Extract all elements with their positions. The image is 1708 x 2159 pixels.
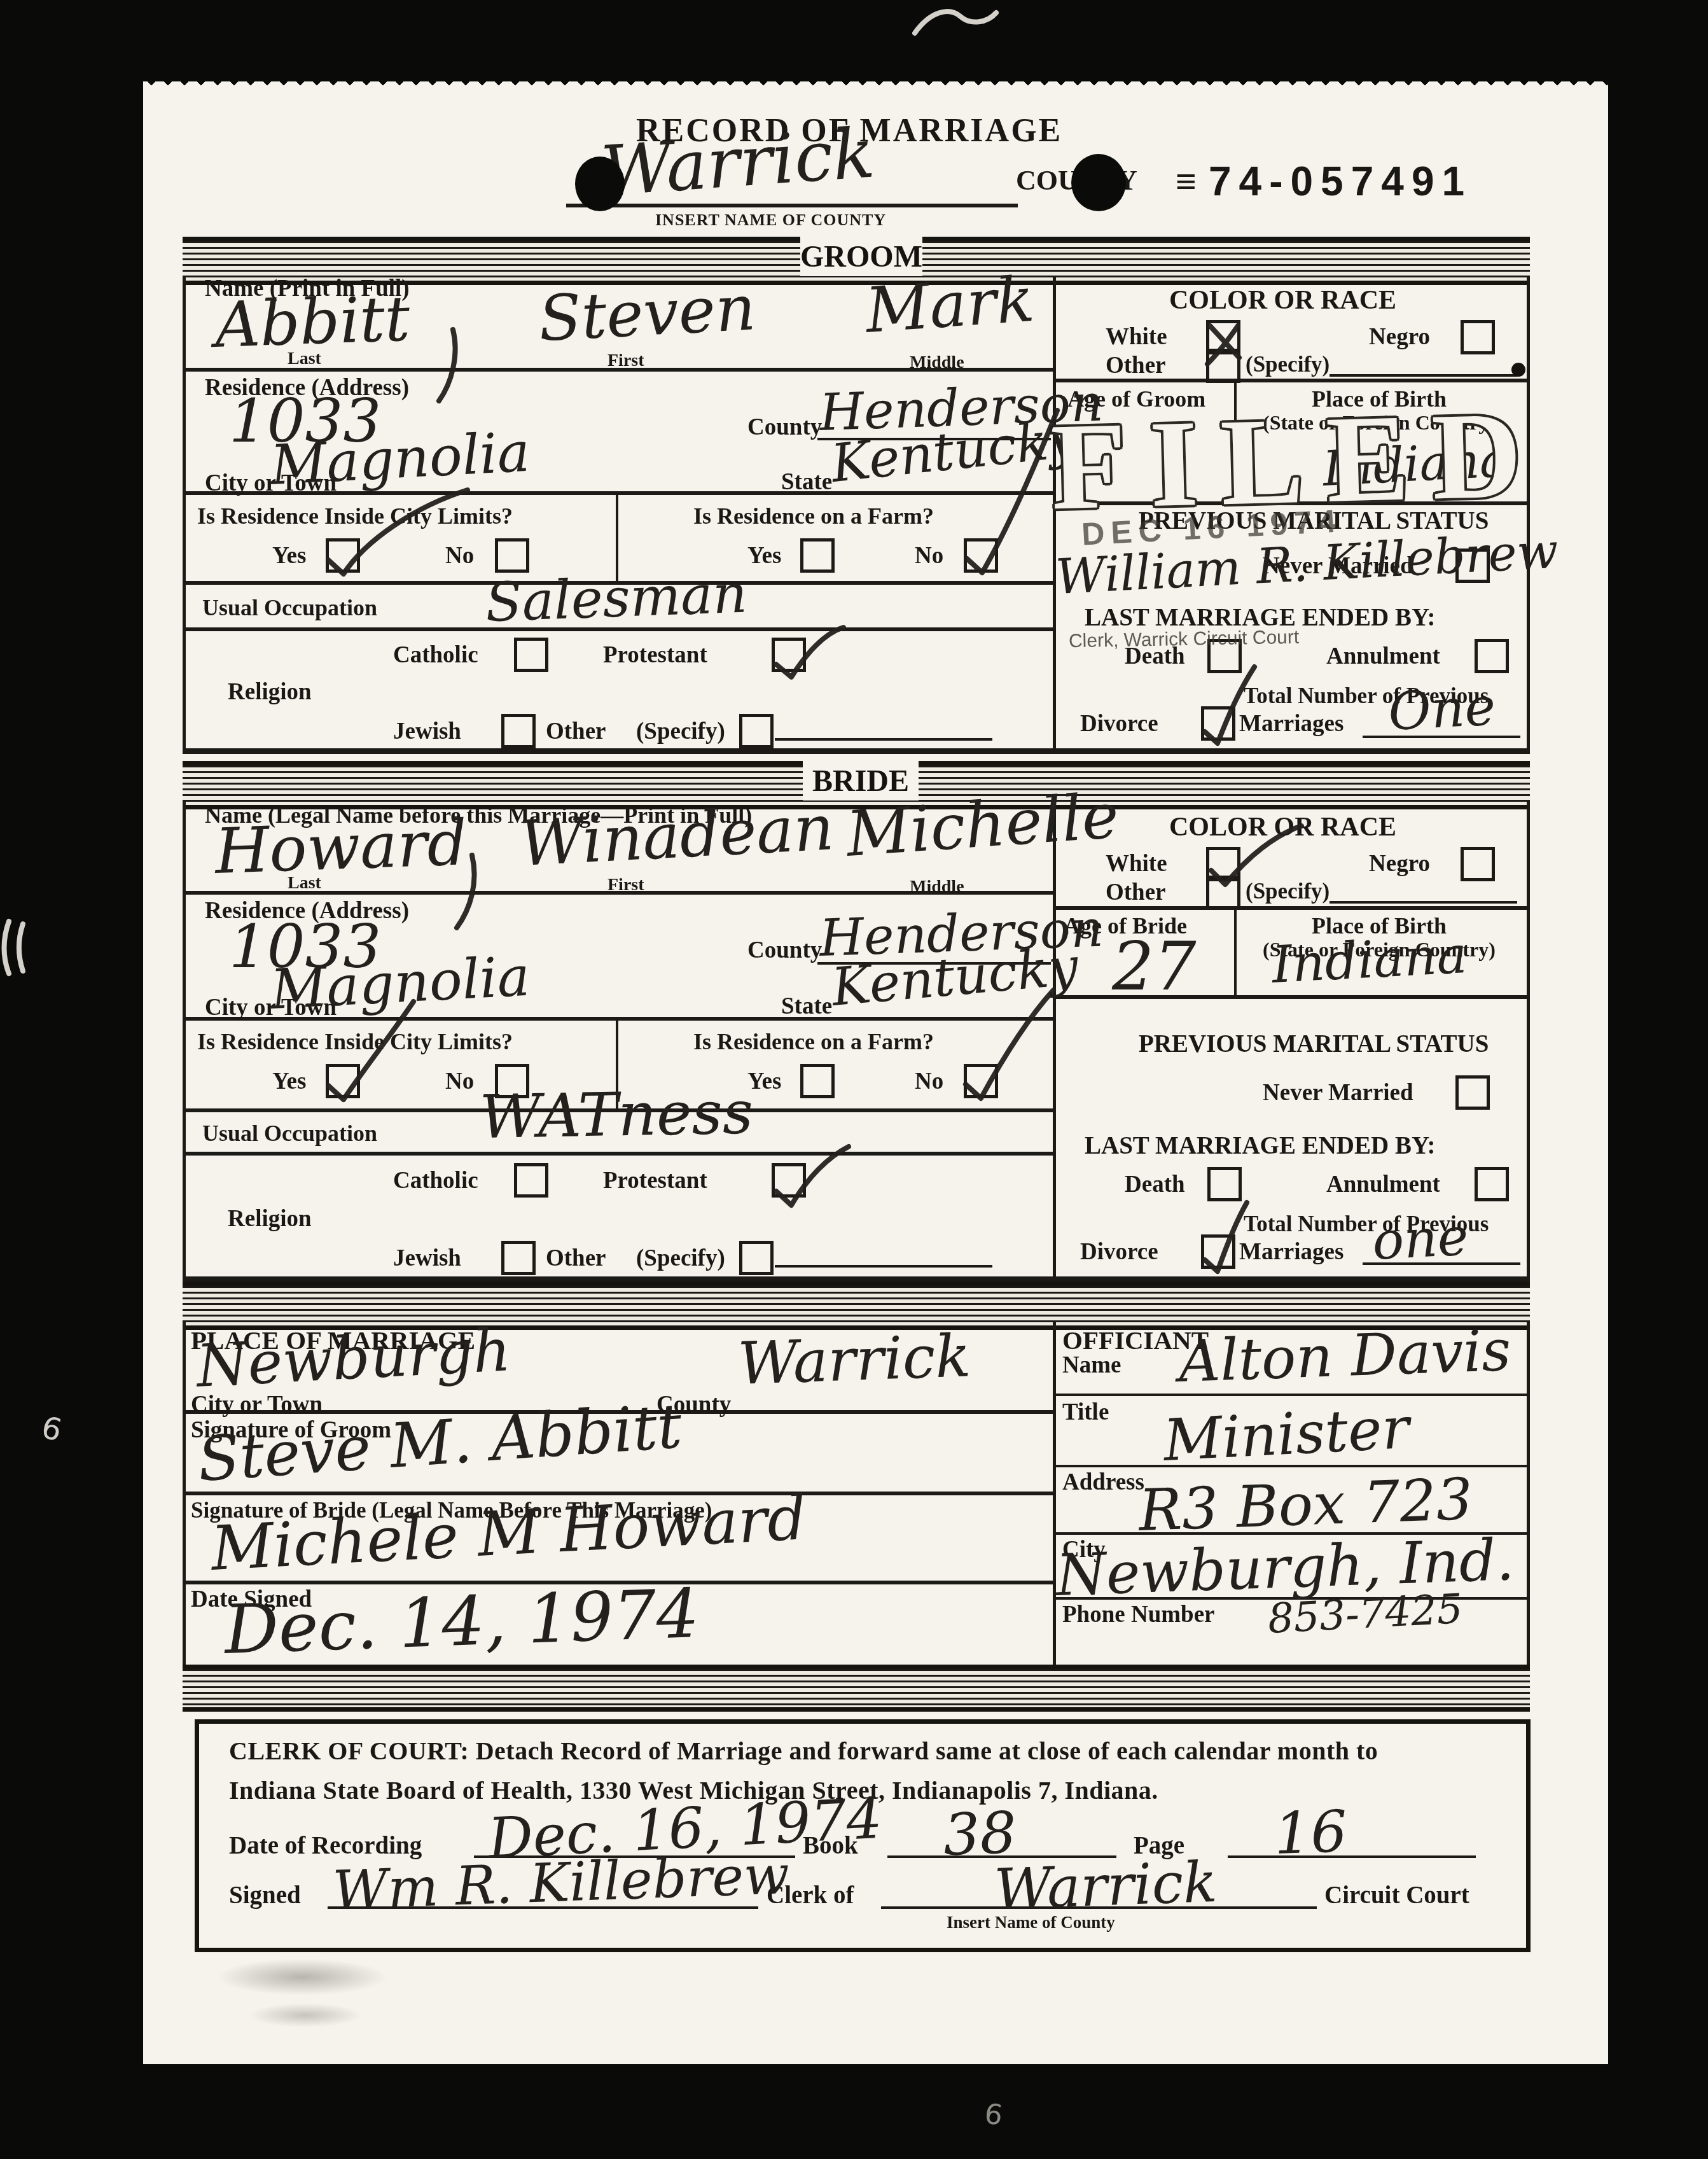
white-label: White <box>1106 323 1167 351</box>
scanned-marriage-record: RECORD OF MARRIAGE Warrick COUNTY INSERT… <box>0 0 1708 2159</box>
margin-mark: 6 <box>38 1409 66 1449</box>
groom-state-label: State <box>781 468 832 496</box>
groom-occupation-label: Usual Occupation <box>202 594 377 621</box>
middle-sublabel: Middle <box>910 877 964 897</box>
groom-city-limits-yes-checkbox <box>326 538 360 573</box>
other-label: Other <box>546 1245 606 1272</box>
clerk-instruction-line1: CLERK OF COURT: Detach Record of Marriag… <box>229 1736 1378 1766</box>
groom-annulment-checkbox <box>1475 639 1509 673</box>
no-label: No <box>915 1068 943 1095</box>
marriages-label: Marriages <box>1239 710 1343 737</box>
rule <box>1056 1394 1527 1396</box>
groom-race-other-checkbox <box>1206 349 1240 383</box>
scan-smudge <box>248 2003 363 2027</box>
groom-race-header: COLOR OR RACE <box>1169 285 1396 316</box>
bride-farm-no-checkbox <box>964 1064 998 1098</box>
ink-dot <box>1511 363 1525 377</box>
bride-total-previous-value: one <box>1371 1206 1469 1272</box>
bride-race-other-checkbox <box>1206 876 1240 910</box>
yes-label: Yes <box>272 1068 306 1095</box>
specify-label: (Specify) <box>1246 352 1330 377</box>
protestant-label: Protestant <box>603 641 707 669</box>
date-of-recording-label: Date of Recording <box>229 1831 422 1860</box>
officiant-name-label: Name <box>1062 1352 1121 1379</box>
other-label: Other <box>546 718 606 745</box>
no-label: No <box>445 542 474 569</box>
rule <box>183 1152 1053 1156</box>
rule <box>183 276 186 754</box>
rule <box>1228 1855 1476 1858</box>
bride-age-value: 27 <box>1112 928 1196 1005</box>
clerk-court-stamp: Clerk, Warrick Circuit Court <box>1069 627 1300 652</box>
signed-label: Signed <box>229 1881 301 1910</box>
officiant-title-value: Minister <box>1162 1395 1411 1474</box>
first-sublabel: First <box>608 351 644 371</box>
catholic-label: Catholic <box>393 641 478 669</box>
no-label: No <box>915 542 943 569</box>
bride-residence-street: Magnolia <box>269 945 532 1022</box>
protestant-label: Protestant <box>603 1167 707 1194</box>
yes-label: Yes <box>747 542 781 569</box>
bride-occupation-value: WATness <box>479 1079 754 1152</box>
scan-scratch <box>4 921 24 974</box>
rule <box>1053 1321 1056 1665</box>
bride-race-negro-checkbox <box>1461 847 1495 881</box>
registration-number: 74-057491 <box>1209 158 1472 205</box>
bride-never-married-checkbox <box>1455 1075 1490 1110</box>
never-married-label: Never Married <box>1263 1079 1413 1107</box>
rule <box>775 738 992 741</box>
middle-sublabel: Middle <box>910 353 964 373</box>
groom-catholic-checkbox <box>514 638 548 672</box>
filed-stamp: FILED <box>1049 383 1546 538</box>
negro-label: Negro <box>1369 850 1430 877</box>
groom-race-negro-checkbox <box>1461 320 1495 354</box>
groom-residence-street: Magnolia <box>269 421 532 498</box>
bride-birthplace-value: Indiana <box>1270 925 1468 995</box>
separator-bar <box>183 1665 1530 1712</box>
marriages-label: Marriages <box>1239 1238 1343 1266</box>
annulment-label: Annulment <box>1326 643 1440 670</box>
bride-city-limits-yes-checkbox <box>326 1064 360 1098</box>
groom-county-label: County <box>747 414 822 441</box>
jewish-label: Jewish <box>393 718 461 745</box>
other-label: Other <box>1106 352 1166 379</box>
groom-jewish-checkbox <box>501 714 536 748</box>
groom-farm-yes-checkbox <box>800 538 835 573</box>
rule <box>1053 906 1530 910</box>
groom-religion-label: Religion <box>228 678 312 706</box>
specify-label: (Specify) <box>1246 879 1330 904</box>
groom-farm-question: Is Residence on a Farm? <box>693 503 934 529</box>
officiant-name-value: Alton Davis <box>1177 1317 1512 1395</box>
groom-divorce-checkbox <box>1201 706 1235 741</box>
groom-last-name: Abbitt <box>214 283 411 362</box>
rule <box>775 1265 992 1268</box>
specify-label: (Specify) <box>636 718 725 745</box>
annulment-label: Annulment <box>1326 1171 1440 1198</box>
bride-county-label: County <box>747 937 822 964</box>
bride-farm-yes-checkbox <box>800 1064 835 1098</box>
death-label: Death <box>1125 1171 1185 1198</box>
groom-farm-no-checkbox <box>964 538 998 573</box>
rule <box>183 1276 1530 1282</box>
negro-label: Negro <box>1369 323 1430 351</box>
bride-race-header: COLOR OR RACE <box>1169 812 1396 842</box>
groom-city-limits-no-checkbox <box>495 538 529 573</box>
bride-farm-question: Is Residence on a Farm? <box>693 1028 934 1055</box>
rule <box>1330 374 1517 377</box>
scan-smudge <box>216 1959 388 1995</box>
marriage-county-value: Warrick <box>737 1322 972 1398</box>
bride-jewish-checkbox <box>501 1241 536 1275</box>
rule <box>183 748 1530 754</box>
page-value: 16 <box>1273 1798 1348 1868</box>
bride-marital-header: PREVIOUS MARITAL STATUS <box>1139 1030 1489 1058</box>
groom-protestant-checkbox <box>772 638 806 672</box>
bride-religion-label: Religion <box>228 1205 312 1233</box>
groom-first-name: Steven <box>537 272 757 356</box>
bride-protestant-checkbox <box>772 1163 806 1198</box>
catholic-label: Catholic <box>393 1167 478 1194</box>
bride-state-label: State <box>781 993 832 1020</box>
punch-hole <box>575 157 625 211</box>
margin-mark: 6 <box>983 2097 1005 2132</box>
yes-label: Yes <box>272 542 306 569</box>
groom-middle-name: Mark <box>863 263 1036 347</box>
bride-city-limits-question: Is Residence Inside City Limits? <box>197 1028 513 1055</box>
punch-hole <box>1071 154 1126 211</box>
jewish-label: Jewish <box>393 1245 461 1272</box>
bride-death-checkbox <box>1207 1167 1242 1201</box>
stamp-artifact-icon: ≡ <box>1176 160 1204 202</box>
rule <box>1053 800 1056 1278</box>
bride-catholic-checkbox <box>514 1163 548 1198</box>
rule <box>1330 901 1517 904</box>
bride-divorce-checkbox <box>1201 1234 1235 1269</box>
divorce-label: Divorce <box>1080 710 1158 737</box>
circuit-court-label: Circuit Court <box>1324 1881 1469 1910</box>
bride-annulment-checkbox <box>1475 1167 1509 1201</box>
other-label: Other <box>1106 879 1166 906</box>
scan-scratch <box>915 11 996 33</box>
no-label: No <box>445 1068 474 1095</box>
rule <box>1527 800 1530 1278</box>
divorce-label: Divorce <box>1080 1238 1158 1266</box>
groom-other-religion-checkbox <box>739 714 774 748</box>
clerk-of-county-value: Warrick <box>993 1849 1218 1922</box>
groom-section-label: GROOM <box>800 237 922 276</box>
bride-other-religion-checkbox <box>739 1241 774 1275</box>
groom-occupation-value: Salesman <box>485 562 748 634</box>
date-signed-value: Dec. 14, 1974 <box>223 1574 700 1669</box>
rule <box>1527 1321 1530 1665</box>
officiant-title-label: Title <box>1062 1399 1109 1426</box>
groom-total-previous-value: One <box>1387 676 1497 743</box>
bride-last-name: Howard <box>214 807 468 888</box>
rule <box>1234 909 1237 996</box>
bride-occupation-label: Usual Occupation <box>202 1120 377 1147</box>
specify-label: (Specify) <box>636 1245 725 1272</box>
rule <box>183 800 186 1278</box>
insert-county-label: INSERT NAME OF COUNTY <box>655 211 886 230</box>
bride-last-marriage-header: LAST MARRIAGE ENDED BY: <box>1085 1131 1436 1160</box>
white-label: White <box>1106 850 1167 877</box>
groom-city-limits-question: Is Residence Inside City Limits? <box>197 503 513 529</box>
first-sublabel: First <box>608 875 644 895</box>
officiant-address-label: Address <box>1062 1469 1144 1496</box>
